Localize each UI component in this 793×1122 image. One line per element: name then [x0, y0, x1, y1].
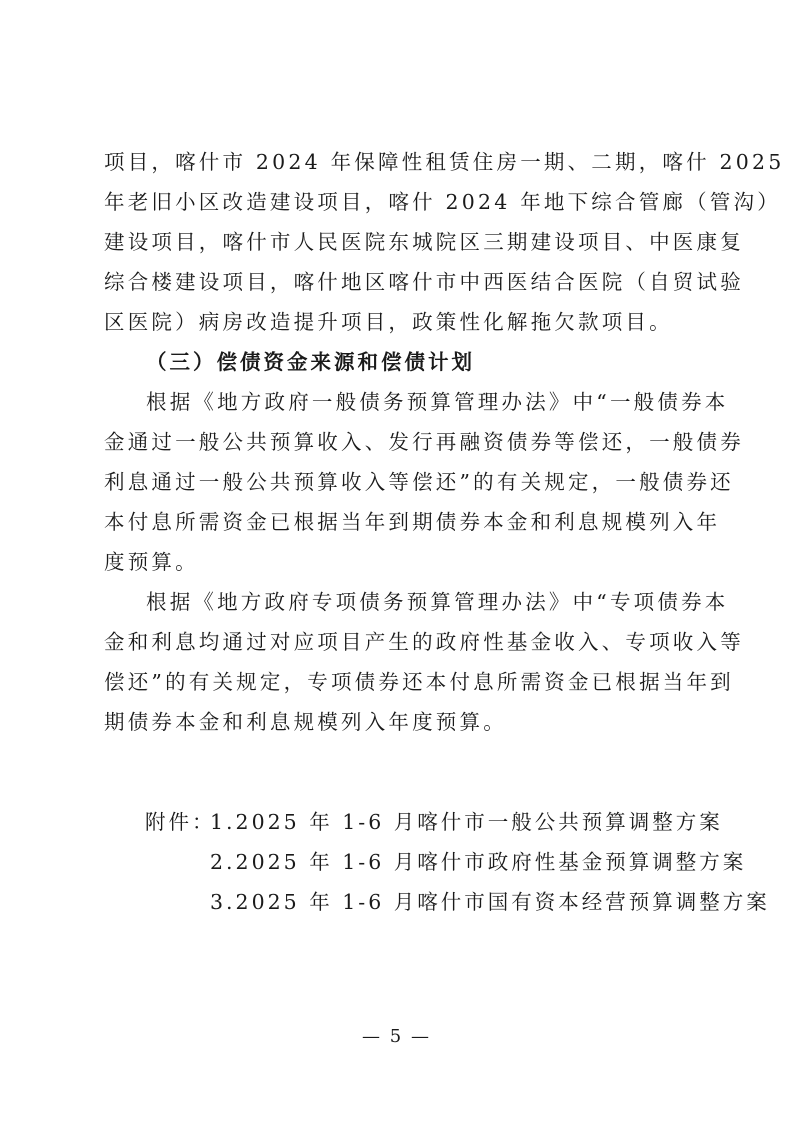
section-heading: （三）偿债资金来源和偿债计划 [146, 350, 475, 374]
paragraph-line: 度预算。 [104, 550, 694, 574]
attachment-item: 3.2025 年 1-6 月喀什市国有资本经营预算调整方案 [210, 890, 770, 914]
paragraph-line: 根据《地方政府一般债务预算管理办法》中“一般债券本 [146, 390, 694, 414]
attachments-label: 附件： [145, 810, 216, 834]
paragraph-line: 期债券本金和利息规模列入年度预算。 [104, 710, 694, 734]
body-line: 年老旧小区改造建设项目，喀什 2024 年地下综合管廊（管沟） [104, 190, 694, 214]
attachment-item: 2.2025 年 1-6 月喀什市政府性基金预算调整方案 [210, 850, 746, 874]
body-line: 建设项目，喀什市人民医院东城院区三期建设项目、中医康复 [104, 230, 694, 254]
paragraph-line: 利息通过一般公共预算收入等偿还”的有关规定，一般债券还 [104, 470, 694, 494]
body-line: 综合楼建设项目，喀什地区喀什市中西医结合医院（自贸试验 [104, 270, 694, 294]
paragraph-line: 偿还”的有关规定，专项债券还本付息所需资金已根据当年到 [104, 670, 694, 694]
body-line: 区医院）病房改造提升项目，政策性化解拖欠款项目。 [104, 310, 694, 334]
document-page: 项目，喀什市 2024 年保障性租赁住房一期、二期，喀什 2025 年老旧小区改… [0, 0, 793, 1122]
paragraph-line: 根据《地方政府专项债务预算管理办法》中“专项债券本 [146, 590, 694, 614]
body-line: 项目，喀什市 2024 年保障性租赁住房一期、二期，喀什 2025 [104, 150, 694, 174]
attachment-item: 1.2025 年 1-6 月喀什市一般公共预算调整方案 [210, 810, 723, 834]
paragraph-line: 本付息所需资金已根据当年到期债券本金和利息规模列入年 [104, 510, 694, 534]
page-number: — 5 — [0, 1026, 793, 1047]
paragraph-line: 金通过一般公共预算收入、发行再融资债券等偿还，一般债券 [104, 430, 694, 454]
paragraph-line: 金和利息均通过对应项目产生的政府性基金收入、专项收入等 [104, 630, 694, 654]
